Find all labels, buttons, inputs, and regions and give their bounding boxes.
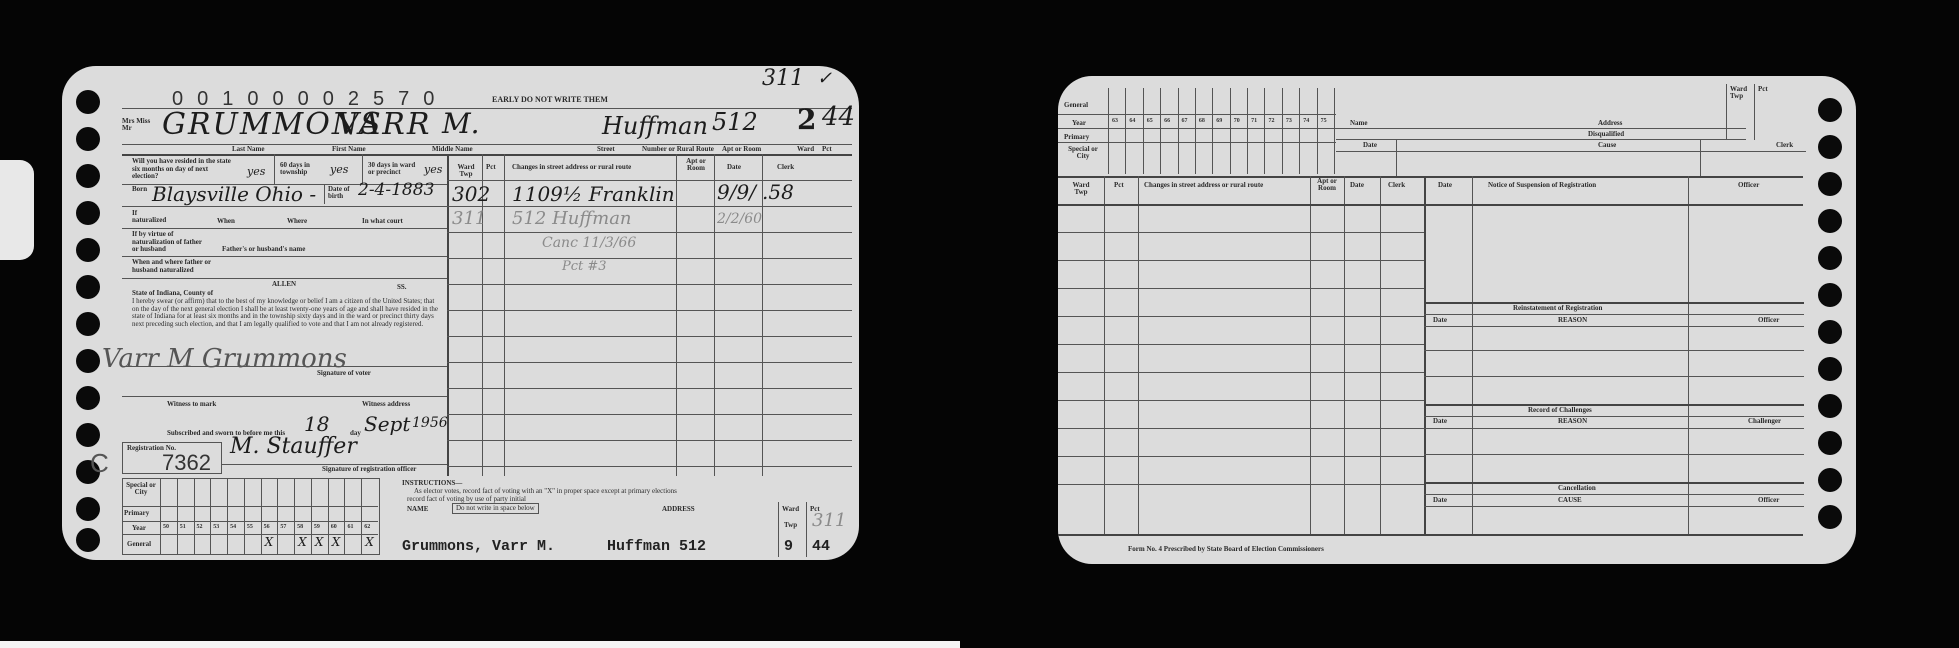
residency-question-2: 60 days in township: [280, 162, 320, 176]
change-row-2-ward: 311: [452, 210, 486, 228]
col-date: Date: [1350, 182, 1364, 189]
check-mark: ✓: [817, 70, 832, 88]
punch-hole: [1818, 209, 1842, 233]
do-not-write-notice: EARLY DO NOT WRITE THEM: [492, 96, 608, 104]
punch-hole: [76, 127, 100, 151]
disq-date-label: Date: [1363, 142, 1377, 149]
sworn-day: 18: [304, 414, 329, 434]
street-label: Street: [597, 146, 615, 153]
grid-label-primary: Primary: [124, 510, 149, 517]
witness-mark-label: Witness to mark: [167, 401, 216, 408]
punch-hole: [1818, 468, 1842, 492]
registration-card-front: 00100002570 EARLY DO NOT WRITE THEM 311 …: [62, 66, 859, 560]
punch-hole: [76, 201, 100, 225]
street-name: Huffman: [602, 114, 708, 138]
ss-label: SS.: [397, 284, 407, 291]
registration-card-back: General Year Primary Special or City 63 …: [1058, 76, 1856, 564]
year-columns: 50 51 52 53 54 55 56X 57 58X 59X 60X 61 …: [160, 478, 378, 554]
reinstatement-officer-header: Officer: [1758, 317, 1779, 324]
bottom-strip: [0, 641, 960, 648]
ward-label: Ward: [797, 146, 814, 153]
grid-label-special: Special or City: [124, 482, 158, 496]
registration-number: 7362: [162, 450, 211, 476]
voter-signature: Varr M Grummons: [102, 346, 347, 372]
col-clerk: Clerk: [777, 164, 794, 171]
naturalized-label: If naturalized: [132, 210, 172, 224]
sworn-year: 1956: [412, 416, 448, 430]
change-row-1-address: 1109½ Franklin: [512, 184, 675, 204]
cancellation-date-header: Date: [1433, 497, 1447, 504]
pct-label: Pct: [1758, 86, 1768, 93]
voter-signature-label: Signature of voter: [317, 370, 371, 377]
grid-label-year: Year: [1072, 120, 1086, 127]
punch-hole: [76, 238, 100, 262]
witness-address-label: Witness address: [362, 401, 410, 408]
officer-signature-label: Signature of registration officer: [322, 466, 416, 473]
state-county-line: State of Indiana, County of: [132, 290, 213, 297]
officer-signature: M. Stauffer: [230, 436, 357, 458]
residency-question-3: 30 days in ward or precinct: [368, 162, 423, 176]
col-ward-twp: Ward Twp: [452, 164, 480, 178]
typed-ward: 9: [784, 538, 793, 555]
punch-hole: [1818, 505, 1842, 529]
challenges-date-header: Date: [1433, 418, 1447, 425]
punch-hole: [76, 164, 100, 188]
col-pct: Pct: [486, 164, 496, 171]
ward-value: 2: [797, 106, 816, 134]
col-apt: Apt or Room: [680, 158, 712, 172]
naturalized-court-label: In what court: [362, 218, 403, 225]
disqualified-label: Disqualified: [1588, 131, 1624, 138]
county-name: ALLEN: [272, 281, 296, 288]
cancellation-officer-header: Officer: [1758, 497, 1779, 504]
pct-value: 44: [822, 104, 855, 130]
name-label: Name: [1350, 120, 1368, 127]
col-clerk: Clerk: [1388, 182, 1405, 189]
col-pct: Pct: [1114, 182, 1124, 189]
change-row-4-note: Pct #3: [562, 260, 607, 273]
pct-label: Pct: [822, 146, 832, 153]
disq-cause-label: Cause: [1598, 142, 1616, 149]
col-changes: Changes in street address or rural route: [1144, 182, 1263, 189]
instructions-line-1: As elector votes, record fact of voting …: [414, 488, 677, 495]
change-row-1-clerk: .58: [762, 182, 794, 202]
punch-hole: [76, 497, 100, 521]
edge-tab: [0, 160, 34, 260]
virtue-label: If by virtue of naturalization of father…: [132, 231, 202, 254]
form-footer: Form No. 4 Prescribed by State Board of …: [1128, 546, 1324, 553]
col-suspension-officer: Officer: [1738, 182, 1759, 189]
punch-hole: [1818, 283, 1842, 307]
punch-hole: [1818, 135, 1842, 159]
do-not-write-label: Do not write in space below: [452, 503, 539, 514]
instructions-line-2: record fact of voting by use of party in…: [407, 496, 526, 503]
punch-hole: [76, 275, 100, 299]
punch-hole: [1818, 394, 1842, 418]
col-apt: Apt or Room: [1312, 178, 1342, 192]
col-suspension-notice: Notice of Suspension of Registration: [1488, 182, 1596, 189]
col-changes: Changes in street address or rural route: [512, 164, 631, 171]
typed-name: Grummons, Varr M.: [402, 538, 555, 555]
middle-name: M.: [442, 110, 480, 138]
change-row-1-date: 9/9/: [717, 182, 756, 202]
residency-answer-1: yes: [247, 166, 265, 177]
last-name-label: Last Name: [232, 146, 264, 153]
street-number: 512: [712, 110, 758, 134]
footer-twp-value: 311: [812, 512, 846, 530]
born-label: Born: [132, 186, 147, 193]
punch-hole: [1818, 98, 1842, 122]
footer-address-label: ADDRESS: [662, 506, 695, 513]
punch-hole: [76, 90, 100, 114]
residency-answer-3: yes: [424, 164, 442, 175]
card-letter: C: [90, 448, 109, 479]
reinstatement-reason-header: REASON: [1558, 317, 1587, 324]
change-row-3-note: Canc 11/3/66: [542, 236, 636, 250]
reinstatement-title: Reinstatement of Registration: [1513, 305, 1602, 312]
middle-name-label: Middle Name: [432, 146, 473, 153]
naturalized-when-label: When: [217, 218, 235, 225]
change-row-2-date: 2/2/60: [717, 212, 762, 226]
father-naturalized-label: When and where father or husband natural…: [132, 259, 222, 274]
cancellation-title: Cancellation: [1558, 485, 1596, 492]
cancellation-cause-header: CAUSE: [1558, 497, 1582, 504]
punch-hole: [76, 528, 100, 552]
birth-date: 2-4-1883: [358, 182, 434, 199]
typed-pct: 44: [812, 538, 830, 555]
residency-question-1: Will you have resided in the state six m…: [132, 158, 232, 181]
reinstatement-date-header: Date: [1433, 317, 1447, 324]
punch-hole: [76, 349, 100, 373]
col-ward-twp: Ward Twp: [1066, 182, 1096, 196]
grid-label-general: General: [1064, 102, 1088, 109]
father-name-label: Father's or husband's name: [222, 246, 305, 253]
first-name: VARR: [337, 110, 431, 140]
col-suspension-date: Date: [1438, 182, 1452, 189]
punch-hole: [1818, 172, 1842, 196]
change-row-2-address: 512 Huffman: [512, 210, 632, 228]
col-date: Date: [727, 164, 741, 171]
change-row-1-ward: 302: [452, 184, 490, 204]
punch-hole: [1818, 431, 1842, 455]
challenges-reason-header: REASON: [1558, 418, 1587, 425]
footer-twp-label: Twp: [784, 522, 797, 529]
instructions-title: INSTRUCTIONS—: [402, 480, 462, 487]
handwritten-ward-number: 311: [762, 68, 804, 90]
challenges-challenger-header: Challenger: [1748, 418, 1781, 425]
footer-name-label: NAME: [407, 506, 428, 513]
grid-label-primary: Primary: [1064, 134, 1089, 141]
naturalized-where-label: Where: [287, 218, 307, 225]
birth-place: Blaysville Ohio -: [152, 184, 316, 204]
challenges-title: Record of Challenges: [1528, 407, 1592, 414]
address-label: Address: [1598, 120, 1622, 127]
ward-twp-label: Ward Twp: [1730, 86, 1752, 100]
number-label: Number or Rural Route: [642, 146, 714, 153]
punch-hole: [76, 312, 100, 336]
punch-hole: [1818, 320, 1842, 344]
oath-text: I hereby swear (or affirm) that to the b…: [132, 298, 442, 329]
sworn-month: Sept: [364, 414, 410, 434]
apt-label: Apt or Room: [722, 146, 761, 153]
disq-clerk-label: Clerk: [1776, 142, 1793, 149]
grid-label-special: Special or City: [1064, 146, 1102, 160]
punch-hole: [1818, 246, 1842, 270]
year-columns: 63 64 65 66 67 68 69 70 71 72 73 74 75: [1108, 88, 1335, 174]
grid-label-year: Year: [132, 525, 146, 532]
residency-answer-2: yes: [330, 164, 348, 175]
grid-label-general: General: [127, 541, 151, 548]
first-name-label: First Name: [332, 146, 366, 153]
birth-date-label: Date of birth: [328, 186, 356, 200]
typed-address: Huffman 512: [607, 538, 706, 555]
punch-hole: [1818, 357, 1842, 381]
punch-hole: [76, 423, 100, 447]
prefix-labels: Mrs Miss Mr: [122, 118, 152, 132]
footer-ward-label: Ward: [782, 506, 799, 513]
punch-hole: [76, 386, 100, 410]
